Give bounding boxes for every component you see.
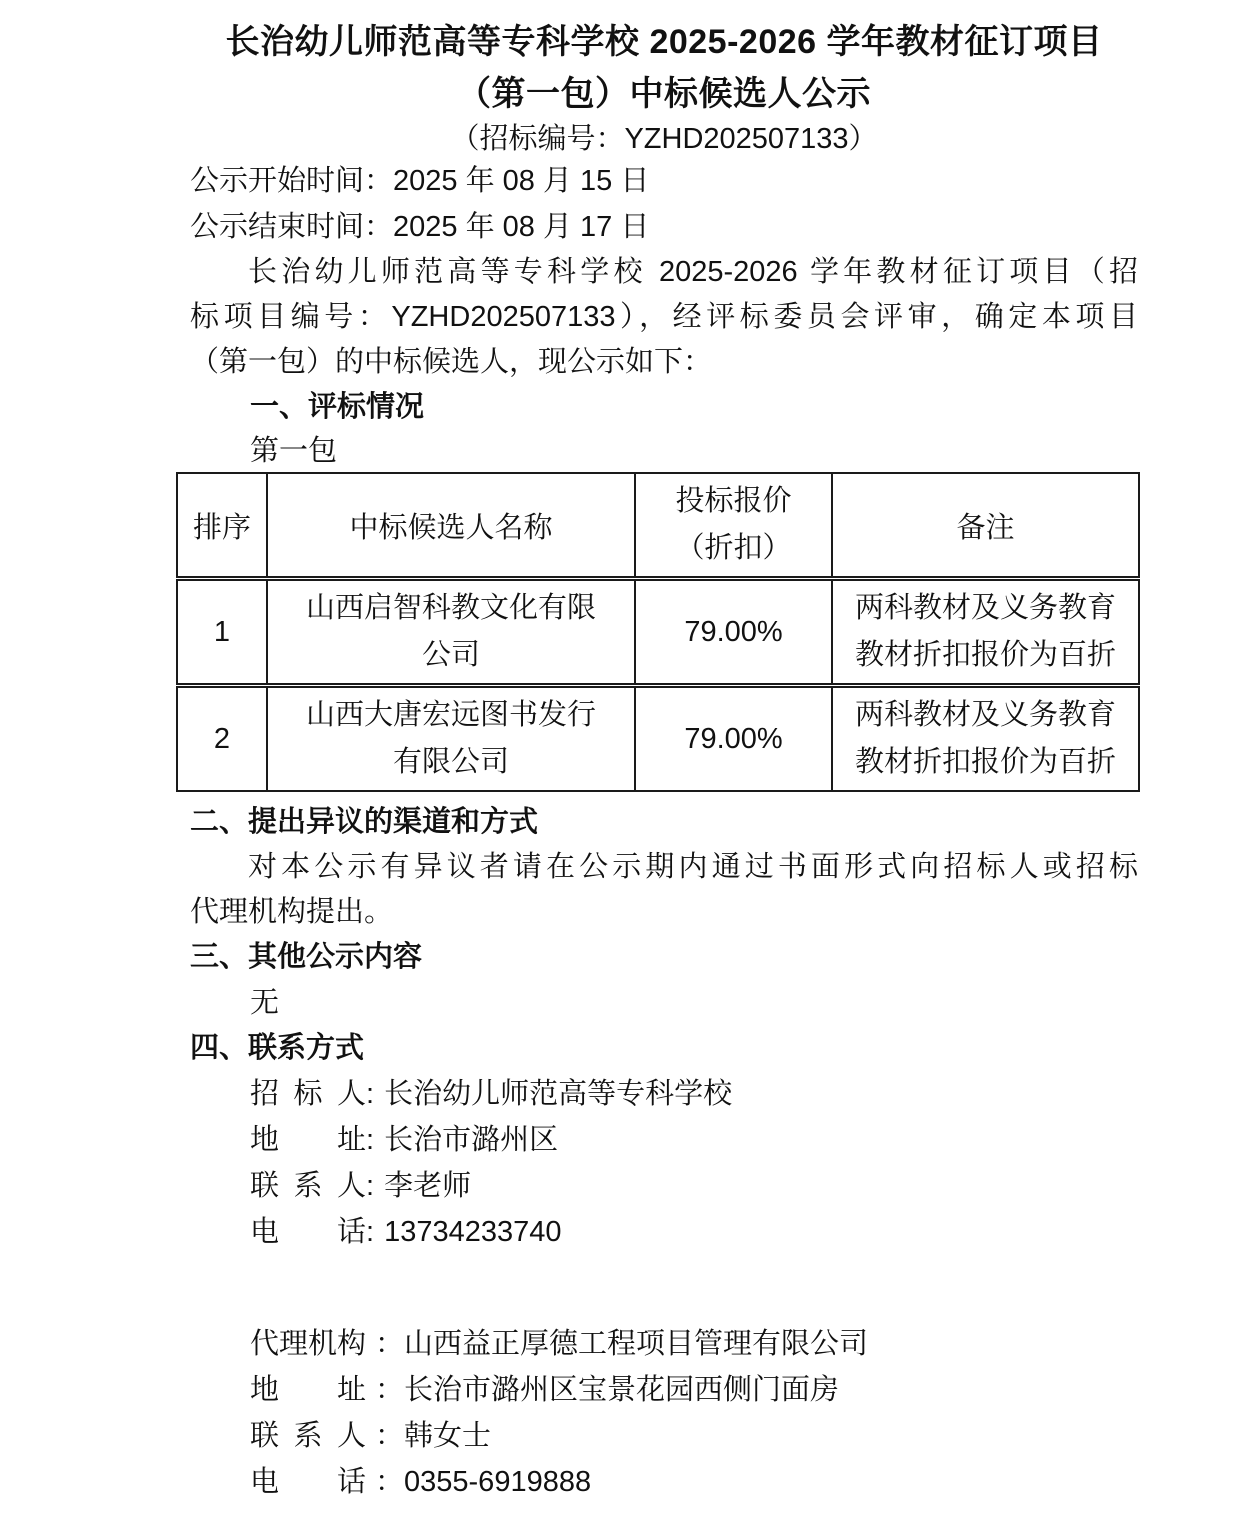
intro-line-3: （第一包）的中标候选人，现公示如下： bbox=[190, 340, 1138, 385]
bidder-phone-label: 电话 bbox=[250, 1209, 366, 1255]
announcement-page: 长治幼儿师范高等专科学校 2025-2026 学年教材征订项目 （第一包）中标候… bbox=[0, 0, 1260, 1540]
bid-evaluation-table: 排序 中标候选人名称 投标报价 （折扣） 备注 1 山西启智科教文化有限 公司 bbox=[176, 472, 1140, 792]
section-4-heading: 四、联系方式 bbox=[190, 1026, 1138, 1071]
separator: ： bbox=[375, 1374, 404, 1406]
intro-paragraph: 长治幼儿师范高等专科学校 2025-2026 学年教材征订项目（招 标项目编号：… bbox=[190, 250, 1138, 385]
bid-price-cell: 79.00% bbox=[635, 686, 832, 792]
document-title: 长治幼儿师范高等专科学校 2025-2026 学年教材征订项目 （第一包）中标候… bbox=[190, 16, 1138, 120]
agency-name-line: 代理机构：山西益正厚德工程项目管理有限公司 bbox=[190, 1321, 1138, 1367]
remark-line-1: 两科教材及义务教育 bbox=[839, 585, 1132, 632]
bidder-phone-line: 电话:13734233740 bbox=[190, 1209, 1138, 1255]
intro-line-1: 长治幼儿师范高等专科学校 2025-2026 学年教材征订项目（招 bbox=[190, 250, 1138, 295]
agency-contact-person-label: 联系人 bbox=[250, 1413, 366, 1459]
agency-contact-block: 代理机构：山西益正厚德工程项目管理有限公司 地址：长治市潞州区宝景花园西侧门面房… bbox=[190, 1321, 1138, 1505]
table-header-row: 排序 中标候选人名称 投标报价 （折扣） 备注 bbox=[177, 473, 1139, 579]
agency-phone-value: 0355-6919888 bbox=[404, 1466, 591, 1498]
separator: ： bbox=[375, 1328, 404, 1360]
bidder-name-label: 招标人 bbox=[250, 1071, 366, 1117]
publish-start-date: 公示开始时间：2025 年 08 月 15 日 bbox=[190, 158, 1138, 204]
section-1-heading: 一、评标情况 bbox=[190, 385, 1138, 430]
publish-end-date: 公示结束时间：2025 年 08 月 17 日 bbox=[190, 204, 1138, 250]
bidder-address-line: 地址:长治市潞州区 bbox=[190, 1117, 1138, 1163]
section-2-heading: 二、提出异议的渠道和方式 bbox=[190, 800, 1138, 845]
bidder-phone-value: 13734233740 bbox=[384, 1216, 561, 1248]
candidate-name-line-2: 公司 bbox=[274, 632, 628, 679]
header-rank: 排序 bbox=[177, 473, 267, 579]
objection-paragraph: 对本公示有异议者请在公示期内通过书面形式向招标人或招标 代理机构提出。 bbox=[190, 845, 1138, 935]
candidate-name-line-2: 有限公司 bbox=[274, 739, 628, 786]
rank-cell: 1 bbox=[177, 579, 267, 686]
candidate-name-cell: 山西大唐宏远图书发行 有限公司 bbox=[267, 686, 635, 792]
objection-line-1: 对本公示有异议者请在公示期内通过书面形式向招标人或招标 bbox=[190, 845, 1138, 890]
agency-contact-person-line: 联系人：韩女士 bbox=[190, 1413, 1138, 1459]
package-label: 第一包 bbox=[190, 430, 1138, 472]
separator: : bbox=[366, 1124, 374, 1156]
separator: ： bbox=[375, 1420, 404, 1452]
rank-cell: 2 bbox=[177, 686, 267, 792]
bidder-contact-block: 招标人:长治幼儿师范高等专科学校 地址:长治市潞州区 联系人:李老师 电话:13… bbox=[190, 1071, 1138, 1255]
agency-name-value: 山西益正厚德工程项目管理有限公司 bbox=[404, 1328, 868, 1360]
agency-phone-label: 电话 bbox=[250, 1459, 366, 1505]
remark-line-2: 教材折扣报价为百折 bbox=[839, 739, 1132, 786]
section-3-body: 无 bbox=[190, 980, 1138, 1026]
agency-address-line: 地址：长治市潞州区宝景花园西侧门面房 bbox=[190, 1367, 1138, 1413]
document-title-line-1: 长治幼儿师范高等专科学校 2025-2026 学年教材征订项目 bbox=[190, 16, 1138, 68]
bidder-address-value: 长治市潞州区 bbox=[384, 1124, 558, 1156]
header-bid-price: 投标报价 （折扣） bbox=[635, 473, 832, 579]
bidder-address-label: 地址 bbox=[250, 1117, 366, 1163]
agency-name-label: 代理机构 bbox=[250, 1321, 366, 1367]
agency-address-value: 长治市潞州区宝景花园西侧门面房 bbox=[404, 1374, 839, 1406]
remark-cell: 两科教材及义务教育 教材折扣报价为百折 bbox=[832, 579, 1139, 686]
remark-cell: 两科教材及义务教育 教材折扣报价为百折 bbox=[832, 686, 1139, 792]
bidder-name-value: 长治幼儿师范高等专科学校 bbox=[384, 1078, 732, 1110]
remark-line-2: 教材折扣报价为百折 bbox=[839, 632, 1132, 679]
document-title-line-2: （第一包）中标候选人公示 bbox=[190, 68, 1138, 120]
separator: ： bbox=[375, 1466, 404, 1498]
separator: : bbox=[366, 1170, 374, 1202]
section-3-heading: 三、其他公示内容 bbox=[190, 935, 1138, 980]
bidder-contact-person-value: 李老师 bbox=[384, 1170, 471, 1202]
header-remark: 备注 bbox=[832, 473, 1139, 579]
remark-line-1: 两科教材及义务教育 bbox=[839, 692, 1132, 739]
agency-address-label: 地址 bbox=[250, 1367, 366, 1413]
agency-contact-person-value: 韩女士 bbox=[404, 1420, 491, 1452]
table-row: 2 山西大唐宏远图书发行 有限公司 79.00% 两科教材及义务教育 教材折扣报… bbox=[177, 686, 1139, 792]
agency-phone-line: 电话：0355-6919888 bbox=[190, 1459, 1138, 1505]
separator: : bbox=[366, 1078, 374, 1110]
candidate-name-line-1: 山西大唐宏远图书发行 bbox=[274, 692, 628, 739]
bid-price-cell: 79.00% bbox=[635, 579, 832, 686]
bidder-name-line: 招标人:长治幼儿师范高等专科学校 bbox=[190, 1071, 1138, 1117]
header-bid-price-line-1: 投标报价 bbox=[642, 478, 825, 525]
objection-line-2: 代理机构提出。 bbox=[190, 890, 1138, 935]
header-bid-price-line-2: （折扣） bbox=[642, 525, 825, 572]
tender-number: （招标编号：YZHD202507133） bbox=[190, 120, 1138, 158]
separator: : bbox=[366, 1216, 374, 1248]
bidder-contact-person-label: 联系人 bbox=[250, 1163, 366, 1209]
candidate-name-cell: 山西启智科教文化有限 公司 bbox=[267, 579, 635, 686]
intro-line-2: 标项目编号：YZHD202507133），经评标委员会评审，确定本项目 bbox=[190, 295, 1138, 340]
bidder-contact-person-line: 联系人:李老师 bbox=[190, 1163, 1138, 1209]
candidate-name-line-1: 山西启智科教文化有限 bbox=[274, 585, 628, 632]
table-row: 1 山西启智科教文化有限 公司 79.00% 两科教材及义务教育 教材折扣报价为… bbox=[177, 579, 1139, 686]
header-candidate-name: 中标候选人名称 bbox=[267, 473, 635, 579]
